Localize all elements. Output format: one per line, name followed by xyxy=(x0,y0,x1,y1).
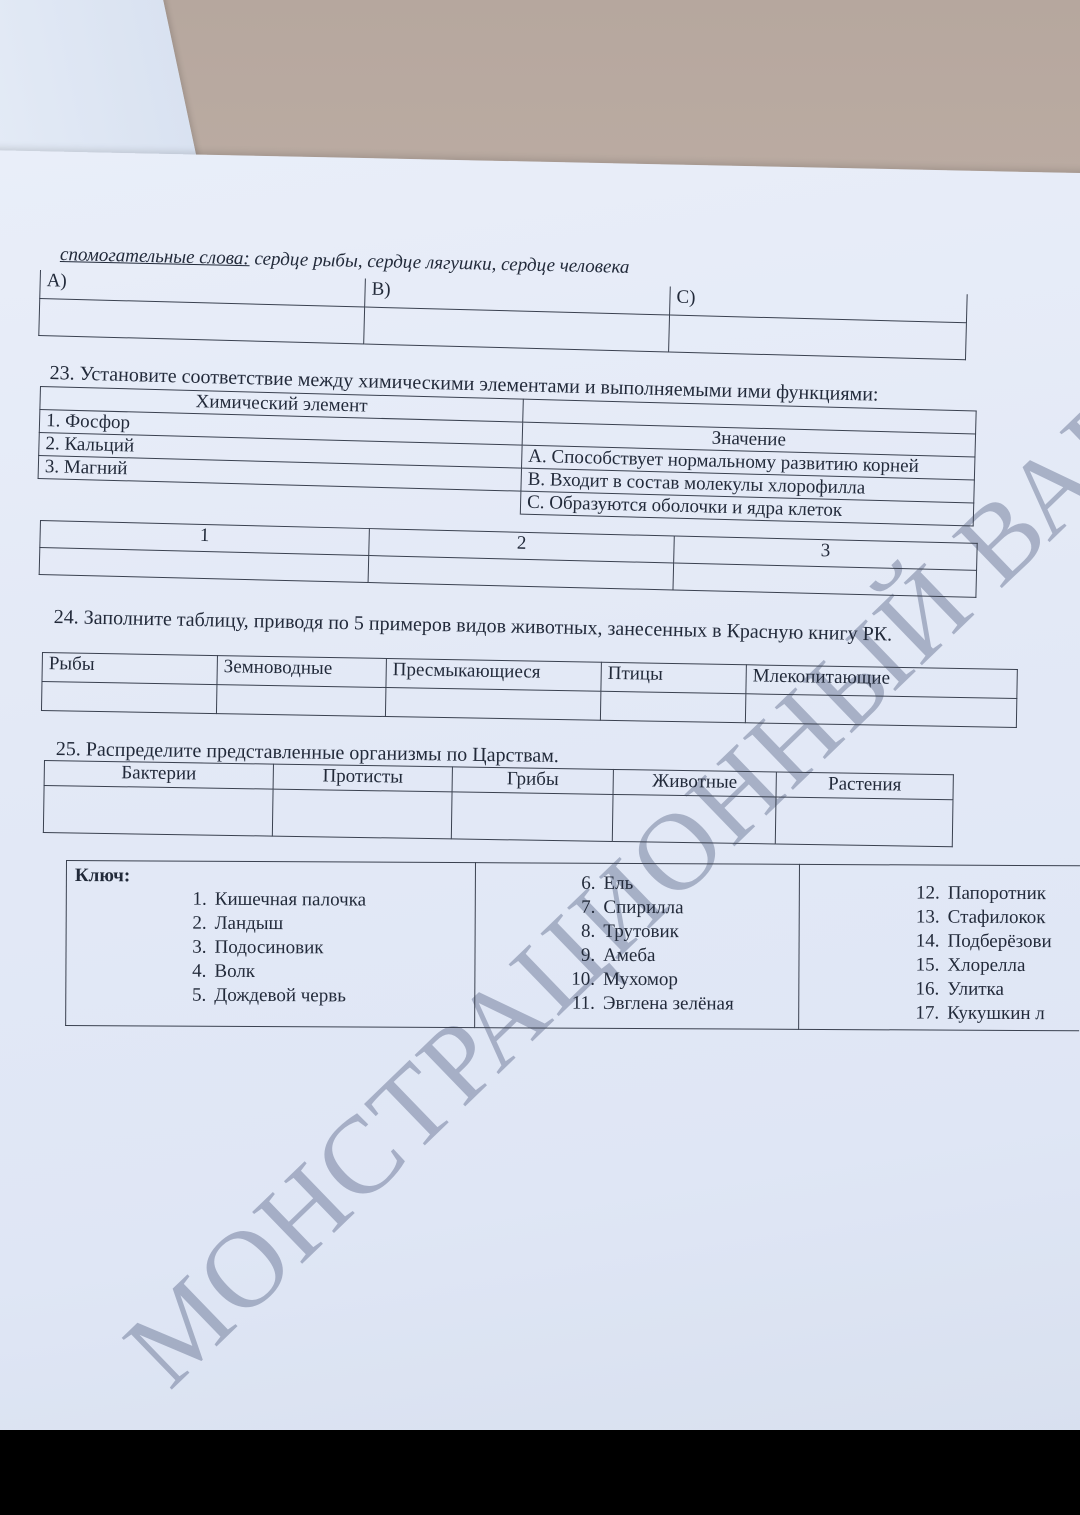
key-item-number: 17. xyxy=(907,1001,939,1025)
key-item-name: Хлорелла xyxy=(947,955,1025,976)
key-item-number: 10. xyxy=(563,968,595,992)
col-plants: Растения xyxy=(776,772,953,800)
worksheet: МОНСТРАЦИОННЫЙ ВАРИАН спомогательные сло… xyxy=(0,0,1080,1430)
key-list-2: 6.Ель7.Спирилла8.Трутовик9.Амеба10.Мухом… xyxy=(563,872,791,1017)
col-animals: Животные xyxy=(613,769,776,797)
key-item-name: Спирилла xyxy=(603,897,683,918)
cell-birds[interactable] xyxy=(600,691,745,723)
red-book-table: Рыбы Земноводные Пресмыкающиеся Птицы Мл… xyxy=(41,652,1018,728)
document-photo: МОНСТРАЦИОННЫЙ ВАРИАН спомогательные сло… xyxy=(0,0,1080,1430)
helper-words-label: спомогательные слова: xyxy=(60,244,250,269)
key-item-name: Ландыш xyxy=(215,913,284,934)
col-fish: Рыбы xyxy=(42,653,217,685)
key-item-number: 1. xyxy=(175,888,207,912)
cell-plants[interactable] xyxy=(775,797,953,847)
question-24-title: 24. Заполните таблицу, приводя по 5 прим… xyxy=(54,606,893,647)
key-item: 14.Подберёзови xyxy=(907,929,1071,954)
key-item-number: 6. xyxy=(564,872,596,896)
cell-mammals[interactable] xyxy=(745,694,1016,728)
key-item-name: Ель xyxy=(604,873,634,894)
answer-cell-b[interactable] xyxy=(364,307,670,352)
helper-words-list: сердце рыбы, сердце лягушки, сердце чело… xyxy=(254,248,629,278)
key-item-name: Кишечная палочка xyxy=(215,889,366,911)
key-item-name: Амеба xyxy=(603,945,655,966)
key-item-name: Стафилокок xyxy=(948,907,1046,929)
key-item-number: 9. xyxy=(563,944,595,968)
key-item-name: Подосиновик xyxy=(214,937,323,959)
key-item-name: Эвглена зелёная xyxy=(603,993,734,1015)
key-item-number: 4. xyxy=(174,960,206,984)
answer-table-23: 1 2 3 xyxy=(39,520,978,598)
key-item-name: Мухомор xyxy=(603,969,678,990)
col-fungi: Грибы xyxy=(452,767,613,795)
col-birds: Птицы xyxy=(601,662,746,694)
key-table: Ключ: 1.Кишечная палочка2.Ландыш3.Подоси… xyxy=(65,860,1080,1031)
key-item-number: 12. xyxy=(908,881,940,905)
key-list-3: 12.Папоротник13.Стафилокок14.Подберёзови… xyxy=(907,881,1072,1026)
key-item-name: Кукушкин л xyxy=(947,1003,1045,1025)
answer-cell-a[interactable] xyxy=(39,299,365,344)
answer-table-22: А) В) С) xyxy=(38,270,967,360)
key-item: 10.Мухомор xyxy=(563,968,790,993)
kingdoms-table: Бактерии Протисты Грибы Животные Растени… xyxy=(43,760,954,847)
col-mammals: Млекопитающие xyxy=(746,665,1017,699)
key-item-name: Дождевой червь xyxy=(214,985,346,1007)
answer-cell-c[interactable] xyxy=(669,315,967,360)
key-item-number: 2. xyxy=(175,912,207,936)
key-item-number: 5. xyxy=(174,984,206,1008)
key-list-1: 1.Кишечная палочка2.Ландыш3.Подосиновик4… xyxy=(174,888,466,1010)
key-item-number: 8. xyxy=(563,920,595,944)
key-item: 8.Трутовик xyxy=(563,920,790,945)
key-item-number: 7. xyxy=(563,896,595,920)
key-item-number: 3. xyxy=(174,936,206,960)
key-col-3: 12.Папоротник13.Стафилокок14.Подберёзови… xyxy=(799,864,1080,1030)
key-item-number: 16. xyxy=(907,977,939,1001)
key-item: 13.Стафилокок xyxy=(908,905,1072,930)
col-amphibians: Земноводные xyxy=(217,656,386,688)
key-item: 15.Хлорелла xyxy=(907,953,1071,978)
key-item-name: Папоротник xyxy=(948,883,1046,905)
key-col-1: Ключ: 1.Кишечная палочка2.Ландыш3.Подоси… xyxy=(66,861,476,1028)
key-item: 6.Ель xyxy=(564,872,791,897)
key-label: Ключ: xyxy=(75,865,467,889)
key-item-name: Волк xyxy=(214,961,255,982)
key-item: 5.Дождевой червь xyxy=(174,984,466,1010)
key-item-number: 11. xyxy=(563,992,595,1016)
key-item-name: Улитка xyxy=(947,979,1004,1000)
col-bacteria: Бактерии xyxy=(44,761,273,790)
cell-bacteria[interactable] xyxy=(43,786,273,837)
col-reptiles: Пресмыкающиеся xyxy=(386,659,601,692)
key-item: 4.Волк xyxy=(174,960,466,986)
key-item: 1.Кишечная палочка xyxy=(175,888,467,914)
key-item: 3.Подосиновик xyxy=(174,936,466,962)
key-item-name: Трутовик xyxy=(603,921,679,942)
cell-protists[interactable] xyxy=(272,789,452,839)
key-col-2: 6.Ель7.Спирилла8.Трутовик9.Амеба10.Мухом… xyxy=(474,863,799,1030)
match-table-23: Химический элемент 1. Фосфор Значение 2.… xyxy=(37,386,977,526)
key-item: 16.Улитка xyxy=(907,977,1071,1002)
key-item: 9.Амеба xyxy=(563,944,790,969)
key-item: 7.Спирилла xyxy=(563,896,790,921)
key-item-number: 14. xyxy=(907,929,939,953)
cell-animals[interactable] xyxy=(612,794,776,844)
key-item: 17.Кукушкин л xyxy=(907,1001,1071,1026)
key-item-name: Подберёзови xyxy=(948,931,1052,953)
key-item: 2.Ландыш xyxy=(175,912,467,938)
key-item-number: 13. xyxy=(908,905,940,929)
col-protists: Протисты xyxy=(273,764,452,792)
cell-fungi[interactable] xyxy=(451,792,613,842)
cell-amphibians[interactable] xyxy=(216,685,385,717)
key-item: 12.Папоротник xyxy=(908,881,1072,906)
cell-reptiles[interactable] xyxy=(385,688,600,721)
key-item: 11.Эвглена зелёная xyxy=(563,992,790,1017)
cell-fish[interactable] xyxy=(41,682,216,714)
key-item-number: 15. xyxy=(907,953,939,977)
